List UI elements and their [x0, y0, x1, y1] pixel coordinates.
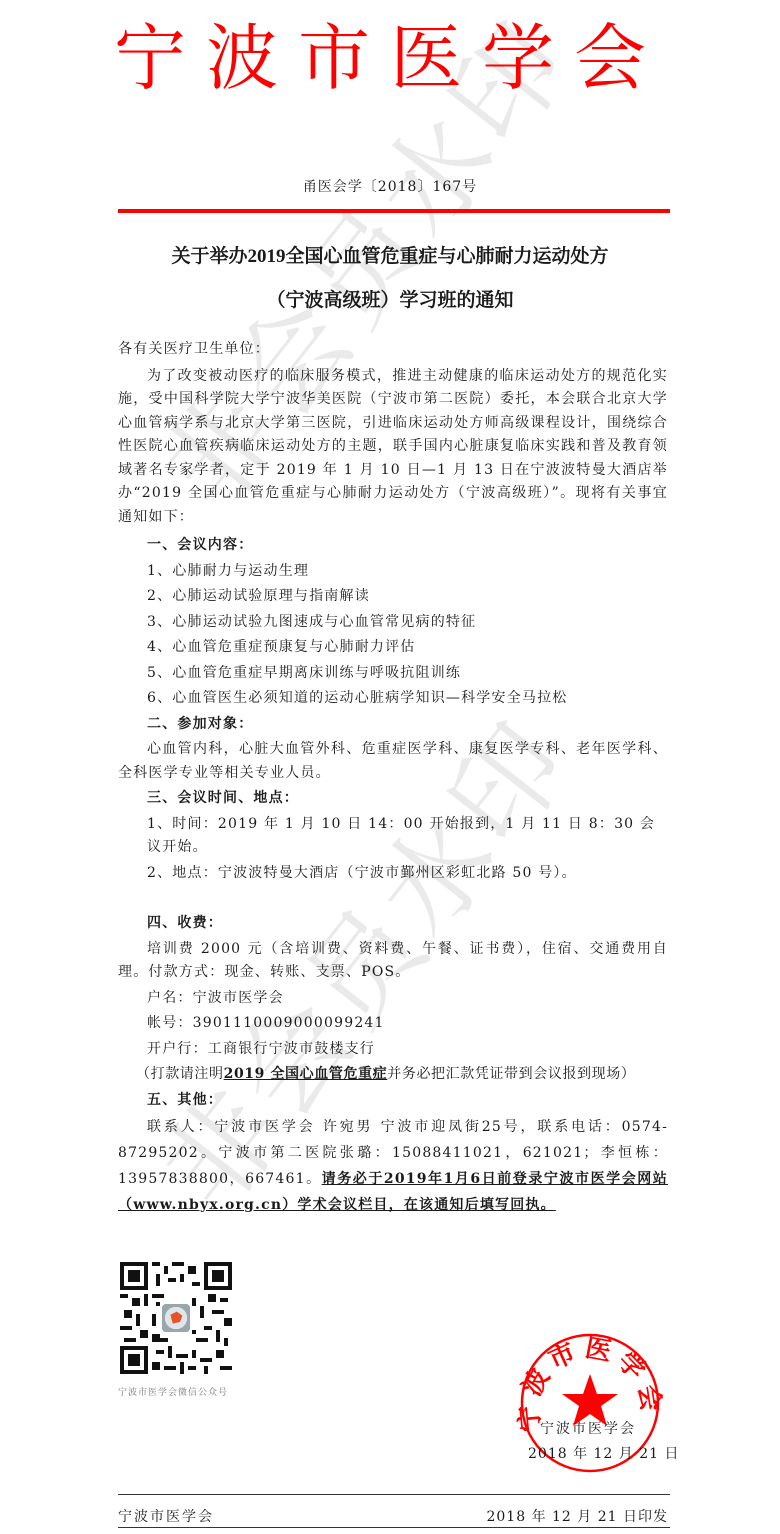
account-name: 户名：宁波市医学会: [118, 987, 668, 1011]
spacer: [118, 885, 668, 908]
section-heading-fees: 四、收费：: [118, 912, 668, 936]
bank-name: 开户行：工商银行宁波市鼓楼支行: [118, 1038, 668, 1062]
payment-note-suffix: 并务必把汇款凭证带到会议报到现场）: [387, 1066, 635, 1082]
participants-text: 心血管内科，心脏大血管外科、危重症医学科、康复医学专科、老年医学科、全科医学专业…: [118, 738, 668, 785]
footer-issuer: 宁波市医学会: [118, 1506, 214, 1526]
content-item: 1、心肺耐力与运动生理: [118, 560, 668, 584]
payment-note-emphasis: 2019 全国心血管危重症: [224, 1066, 388, 1082]
content-item: 3、心肺运动试验九图速成与心血管常见病的特征: [118, 611, 668, 635]
masthead-org-name: 宁波市医学会: [0, 8, 780, 108]
contact-info: 联系人：宁波市医学会 许宛男 宁波市迎凤街25号，联系电话：0574-87295…: [118, 1114, 668, 1218]
footer-top-rule: [118, 1494, 670, 1495]
footer-issue-date: 2018 年 12 月 21 日印发: [470, 1506, 668, 1526]
qr-code-icon: [120, 1262, 232, 1374]
signature-date: 2018 年 12 月 21 日: [528, 1443, 680, 1463]
intro-paragraph: 为了改变被动医疗的临床服务模式，推进主动健康的临床运动处方的规范化实施，受中国科…: [118, 365, 668, 530]
payment-note: （打款请注明2019 全国心血管危重症并务必把汇款凭证带到会议报到现场）: [118, 1063, 668, 1087]
fee-text: 培训费 2000 元（含培训费、资料费、午餐、证书费），住宿、交通费用自理。付款…: [118, 938, 668, 985]
content-item: 5、心血管危重症早期离床训练与呼吸抗阻训练: [118, 662, 668, 686]
notice-title-line2: （宁波高级班）学习班的通知: [0, 285, 780, 312]
qr-caption: 宁波市医学会微信公众号: [118, 1385, 228, 1398]
content-item: 6、心血管医生必须知道的运动心脏病学知识—科学安全马拉松: [118, 687, 668, 711]
content-item: 2、心肺运动试验原理与指南解读: [118, 585, 668, 609]
document-number: 甬医会学〔2018〕167号: [0, 176, 780, 196]
meeting-time: 1、时间：2019 年 1 月 10 日 14：00 开始报到，1 月 11 日…: [118, 813, 668, 860]
salutation: 各有关医疗卫生单位：: [118, 338, 668, 362]
signature-org: 宁波市医学会: [540, 1418, 636, 1438]
section-heading-other: 五、其他：: [118, 1089, 668, 1113]
section-heading-time-place: 三、会议时间、地点：: [118, 787, 668, 811]
section-heading-content: 一、会议内容：: [118, 534, 668, 558]
content-item: 4、心血管危重症预康复与心肺耐力评估: [118, 636, 668, 660]
meeting-place: 2、地点：宁波波特曼大酒店（宁波市鄞州区彩虹北路 50 号）。: [118, 862, 668, 886]
wechat-qr-code[interactable]: [120, 1262, 232, 1374]
red-divider: [118, 209, 670, 213]
section-heading-participants: 二、参加对象：: [118, 713, 668, 737]
notice-title-line1: 关于举办2019全国心血管危重症与心肺耐力运动处方: [0, 241, 780, 268]
account-number: 帐号：3901110009000099241: [118, 1012, 668, 1036]
notice-body: 各有关医疗卫生单位： 为了改变被动医疗的临床服务模式，推进主动健康的临床运动处方…: [118, 338, 668, 1218]
footer-bottom-rule: [118, 1527, 670, 1528]
payment-note-prefix: （打款请注明: [136, 1066, 224, 1082]
